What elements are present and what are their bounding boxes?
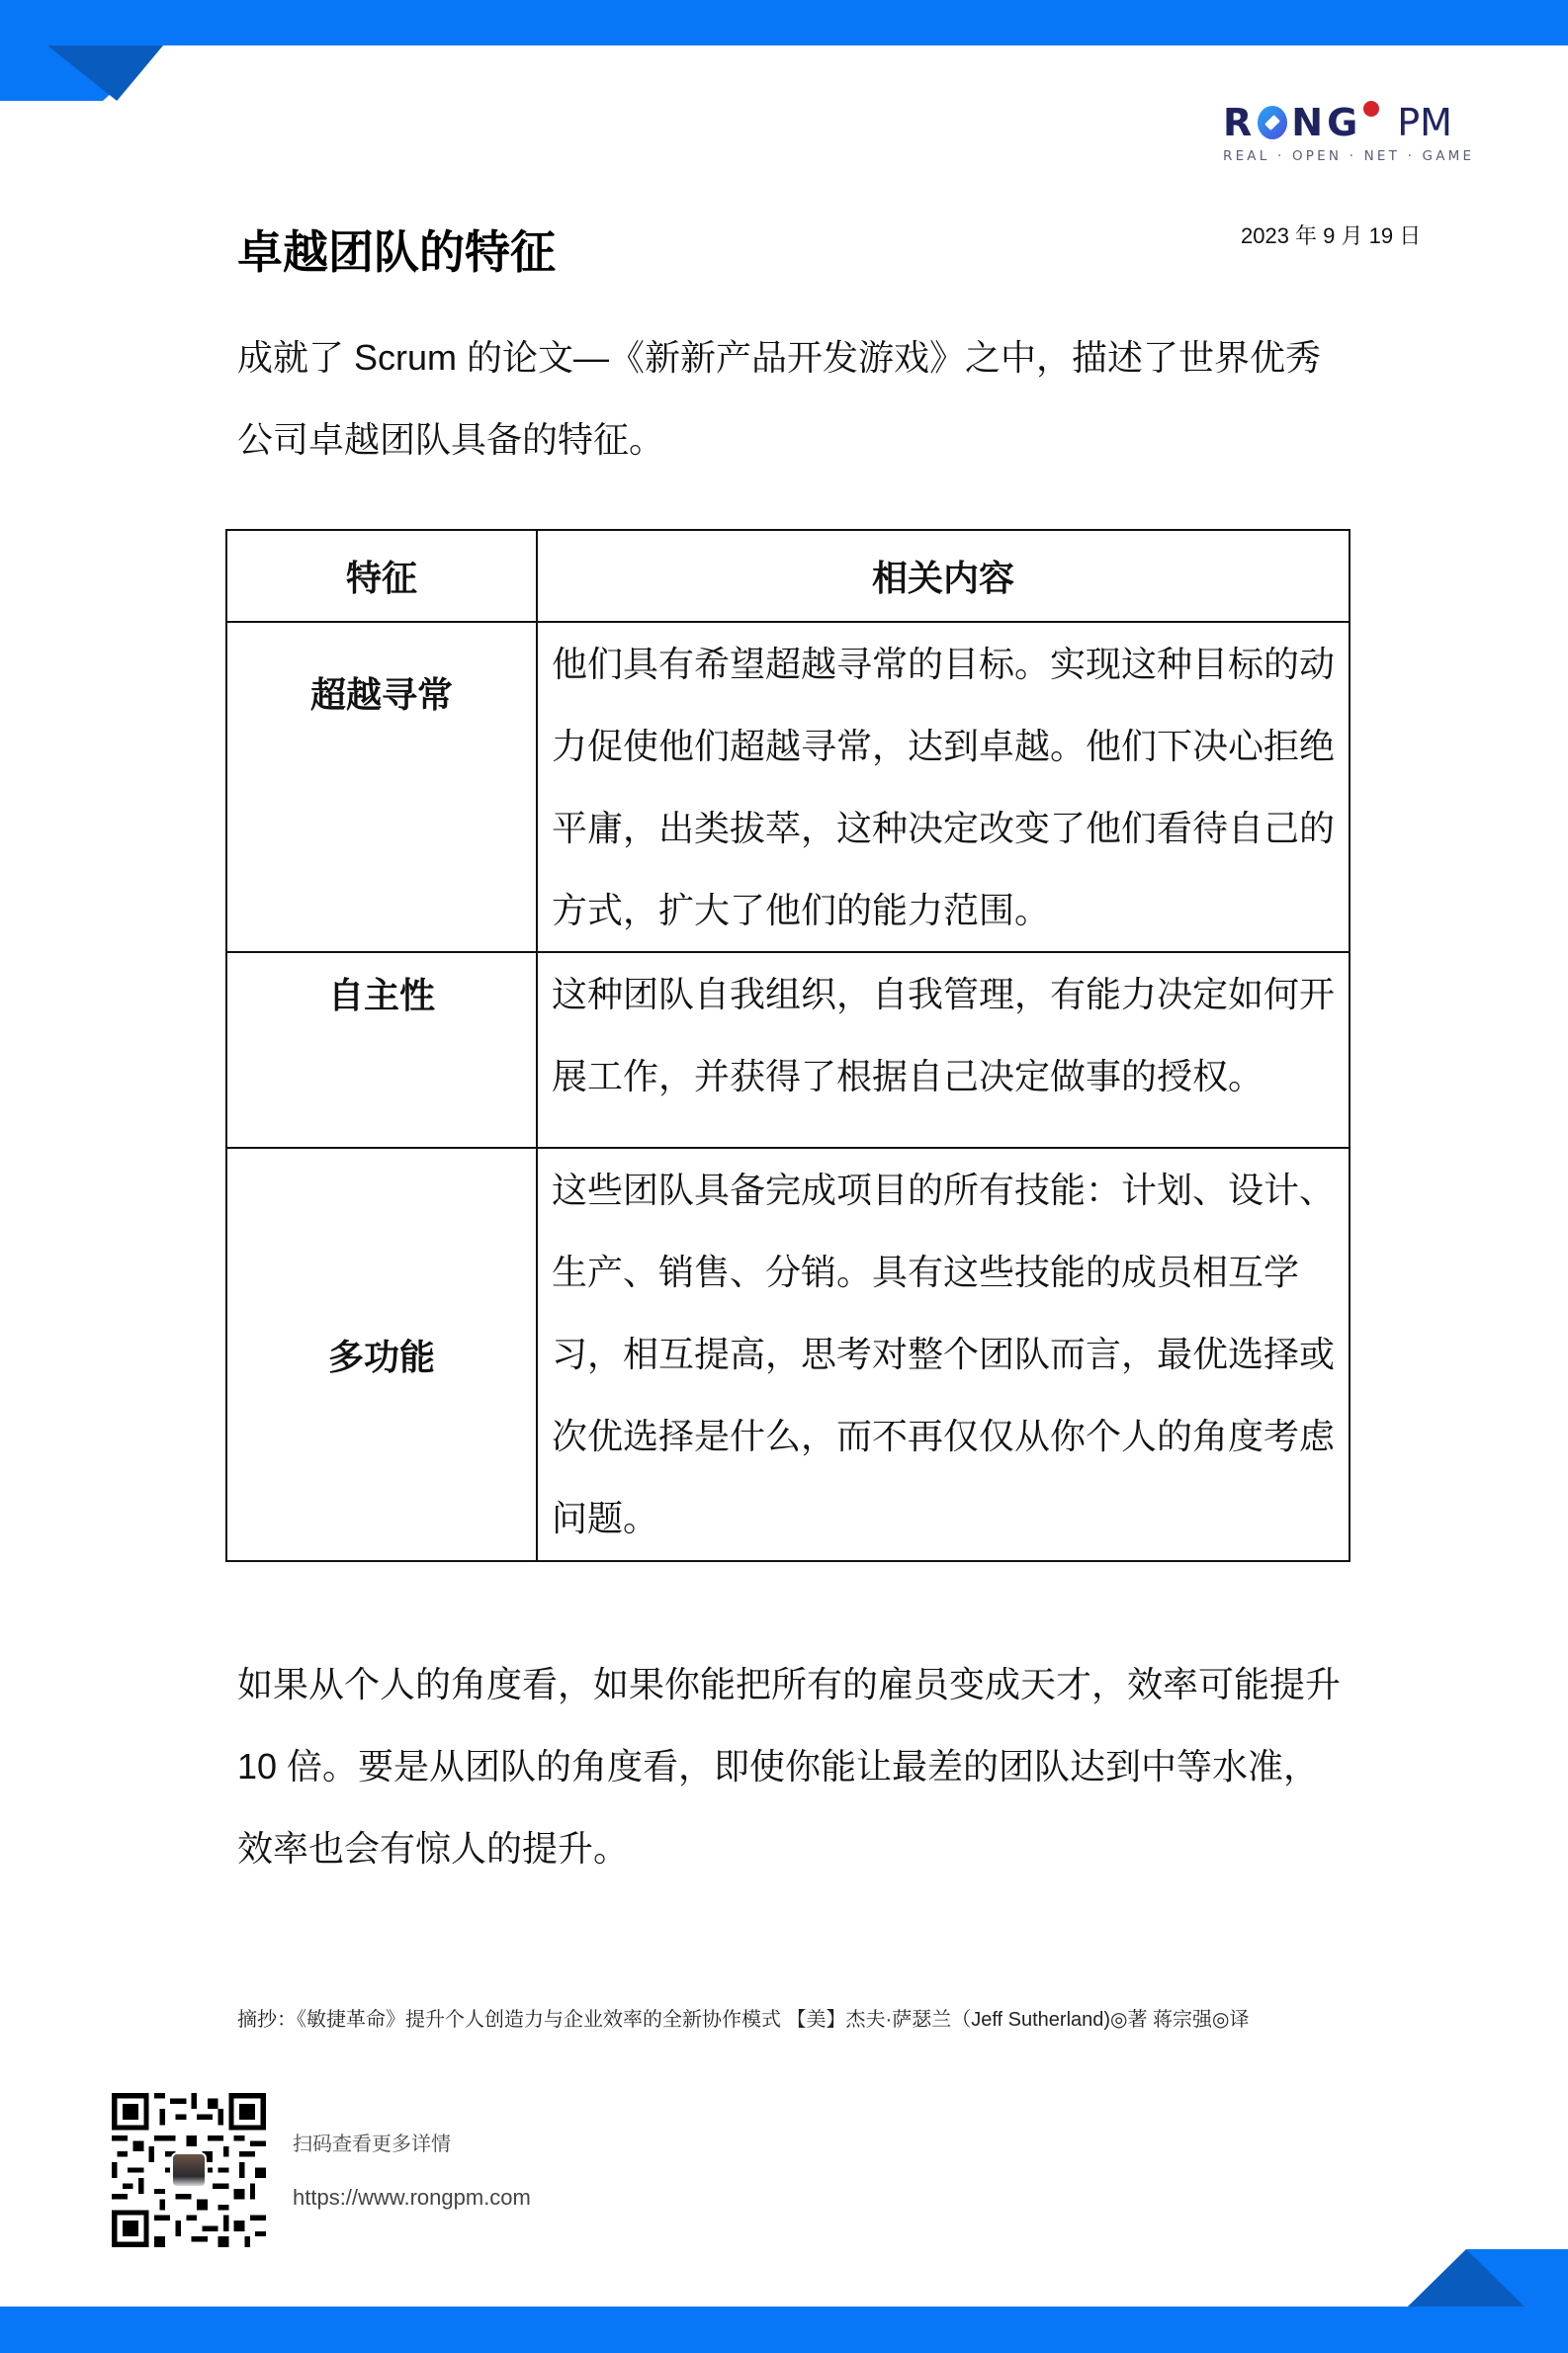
logo-tagline: REAL · OPEN · NET · GAME (1223, 148, 1472, 164)
logo-word: R NG (1223, 103, 1361, 142)
publish-date: 2023 年 9 月 19 日 (1241, 219, 1421, 250)
feature-description: 这种团队自我组织，自我管理，有能力决定如何开展工作，并获得了根据自己决定做事的授… (537, 952, 1350, 1148)
logo-wordmark: R NG PM (1223, 103, 1472, 142)
avatar (171, 2152, 207, 2188)
features-table: 特征 相关内容 超越寻常 他们具有希望超越寻常的目标。实现这种目标的动力促使他们… (225, 529, 1350, 1562)
feature-name: 超越寻常 (226, 622, 537, 952)
logo-letters-ng: NG (1291, 103, 1361, 142)
table-row: 超越寻常 他们具有希望超越寻常的目标。实现这种目标的动力促使他们超越寻常，达到卓… (226, 622, 1350, 952)
qr-code-icon[interactable] (112, 2093, 266, 2247)
feature-description: 他们具有希望超越寻常的目标。实现这种目标的动力促使他们超越寻常，达到卓越。他们下… (537, 622, 1350, 952)
feature-description: 这些团队具备完成项目的所有技能：计划、设计、生产、销售、分销。具有这些技能的成员… (537, 1148, 1350, 1561)
feature-name: 多功能 (226, 1148, 537, 1561)
feature-name: 自主性 (226, 952, 537, 1148)
table-header-feature: 特征 (226, 530, 537, 622)
top-brand-bar (0, 0, 1568, 45)
logo-badge-icon (1363, 101, 1379, 117)
table-row: 自主性 这种团队自我组织，自我管理，有能力决定如何开展工作，并获得了根据自己决定… (226, 952, 1350, 1148)
intro-paragraph: 成就了 Scrum 的论文—《新新产品开发游戏》之中，描述了世界优秀公司卓越团队… (237, 316, 1345, 480)
table-header-content: 相关内容 (537, 530, 1350, 622)
table-row: 多功能 这些团队具备完成项目的所有技能：计划、设计、生产、销售、分销。具有这些技… (226, 1148, 1350, 1561)
scan-label: 扫码查看更多详情 (293, 2128, 451, 2156)
website-link[interactable]: https://www.rongpm.com (293, 2185, 531, 2211)
source-citation: 摘抄：《敏捷革命》提升个人创造力与企业效率的全新协作模式 【美】杰夫·萨瑟兰（J… (237, 2003, 1250, 2032)
page-title: 卓越团队的特征 (237, 222, 556, 282)
table-header-row: 特征 相关内容 (226, 530, 1350, 622)
closing-paragraph: 如果从个人的角度看，如果你能把所有的雇员变成天才，效率可能提升 10 倍。要是从… (237, 1643, 1345, 1889)
rongpm-logo: R NG PM REAL · OPEN · NET · GAME (1223, 103, 1472, 168)
logo-o-icon (1258, 106, 1287, 139)
logo-letter-r: R (1223, 103, 1256, 142)
bottom-brand-bar (0, 2307, 1568, 2353)
logo-product: PM (1397, 103, 1452, 142)
